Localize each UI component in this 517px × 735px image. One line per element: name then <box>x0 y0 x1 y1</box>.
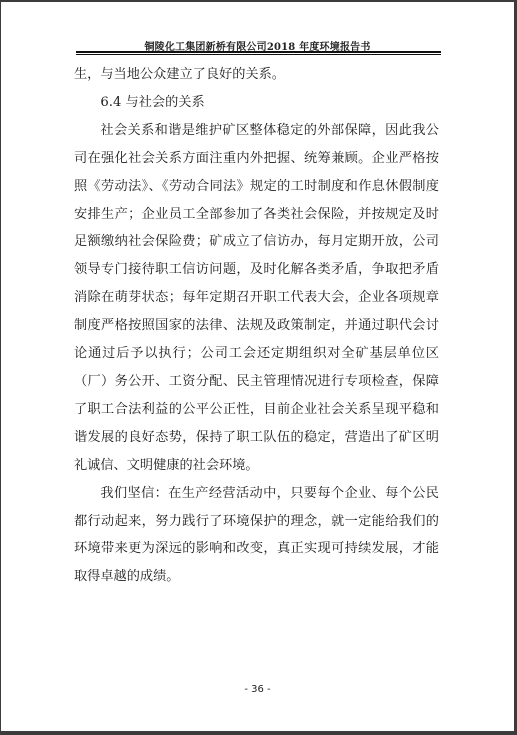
header-divider <box>76 51 441 55</box>
page-body: 生，与当地公众建立了良好的关系。 6.4 与社会的关系 社会关系和谐是维护矿区整… <box>74 61 439 591</box>
document-page: 铜陵化工集团新桥有限公司2018 年度环境报告书 生，与当地公众建立了良好的关系… <box>1 2 514 731</box>
paragraph-conclusion: 我们坚信：在生产经营活动中，只要每个企业、每个公民都行动起来，努力践行了环境保护… <box>74 480 439 592</box>
continued-paragraph: 生，与当地公众建立了良好的关系。 <box>74 61 439 89</box>
paragraph-social-relations: 社会关系和谐是维护矿区整体稳定的外部保障，因此我公司在强化社会关系方面注重内外把… <box>74 117 439 480</box>
section-heading: 6.4 与社会的关系 <box>74 89 439 117</box>
page-number: - 36 - <box>1 684 514 695</box>
